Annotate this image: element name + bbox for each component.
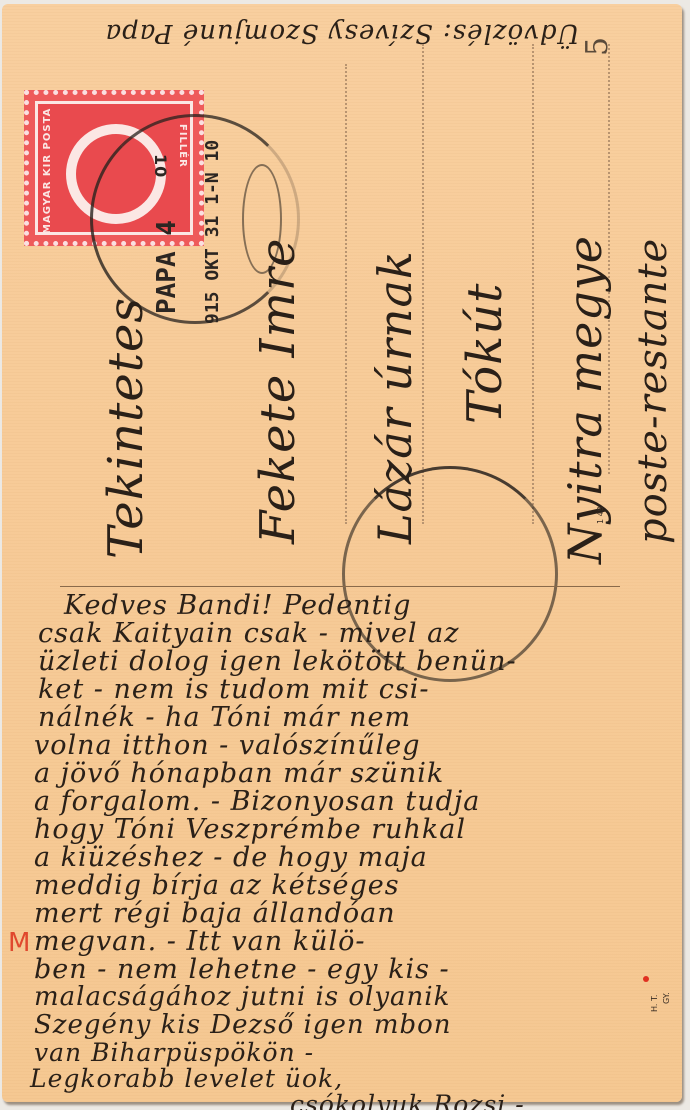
message-line: van Biharpüspökön - [34,1038,674,1064]
message-line: mert régi baja állandóan [34,898,674,926]
message-line: a kiüzéshez - de hogy maja [34,842,674,870]
message-line: Kedves Bandi! Pedentig [64,590,690,618]
message-line: Legkorabb levelet üok, [30,1064,670,1090]
printer-mark: 1 49 [596,506,605,524]
message-line: volna itthon - valószínűleg [34,730,674,758]
message-line: üzleti dolog igen lekötött benün- [38,646,678,674]
address-dotted-line-3 [532,44,534,524]
message-line: Szegény kis Dezső igen mbon [34,1010,674,1038]
stamp-country-text: MAGYAR KIR POSTA [42,108,53,234]
upside-down-greeting: Üdvözlés: Szívesy Szomjuné Papa [62,18,622,48]
message-line: a forgalom. - Bizonyosan tudja [34,786,674,814]
postcard: Üdvözlés: Szívesy Szomjuné Papa MAGYAR K… [2,4,682,1102]
message-signature: csókolyuk Rozsi - [290,1090,690,1110]
message-line: malacságához jutni is olyanik [34,982,674,1010]
message-line: meddig bírja az kétséges [34,870,674,898]
message-line: ket - nem is tudom mit csi- [38,674,678,702]
message-line: ben - nem lehetne - egy kis - [34,954,674,982]
message-body: Kedves Bandi! Pedentig csak Kaityain csa… [30,590,670,1110]
message-line: megvan. - Itt van külö- [34,926,674,954]
address-dotted-line-2 [422,44,424,524]
address-line-title: Tekintetes [98,297,154,559]
message-line: nálnék - ha Tóni már nem [38,702,678,730]
address-line-poste-restante: poste-restante [630,238,676,544]
corner-mark-5: 5 [580,36,615,56]
message-line: csak Kaityain csak - mivel az [38,618,678,646]
address-line-name: Fekete Imre [250,238,306,544]
side-mark-ht: H. T. [650,995,659,1012]
postmark-town: PAPA 4 [152,220,182,314]
address-line-recipient: Lázár úrnak [368,250,422,544]
message-divider [60,586,620,587]
margin-red-mark: M [8,928,30,958]
side-mark-gy: GY. [662,992,671,1004]
address-line-town: Tókút [457,283,513,424]
message-line: a jövő hónapban már szünik [34,758,674,786]
red-ink-dot [643,976,649,982]
address-dotted-line-1 [345,64,347,524]
message-line: hogy Tóni Veszprémbe ruhkal [34,814,674,842]
postmark-date: 915 OKT 31 1-N 10 [202,140,223,324]
